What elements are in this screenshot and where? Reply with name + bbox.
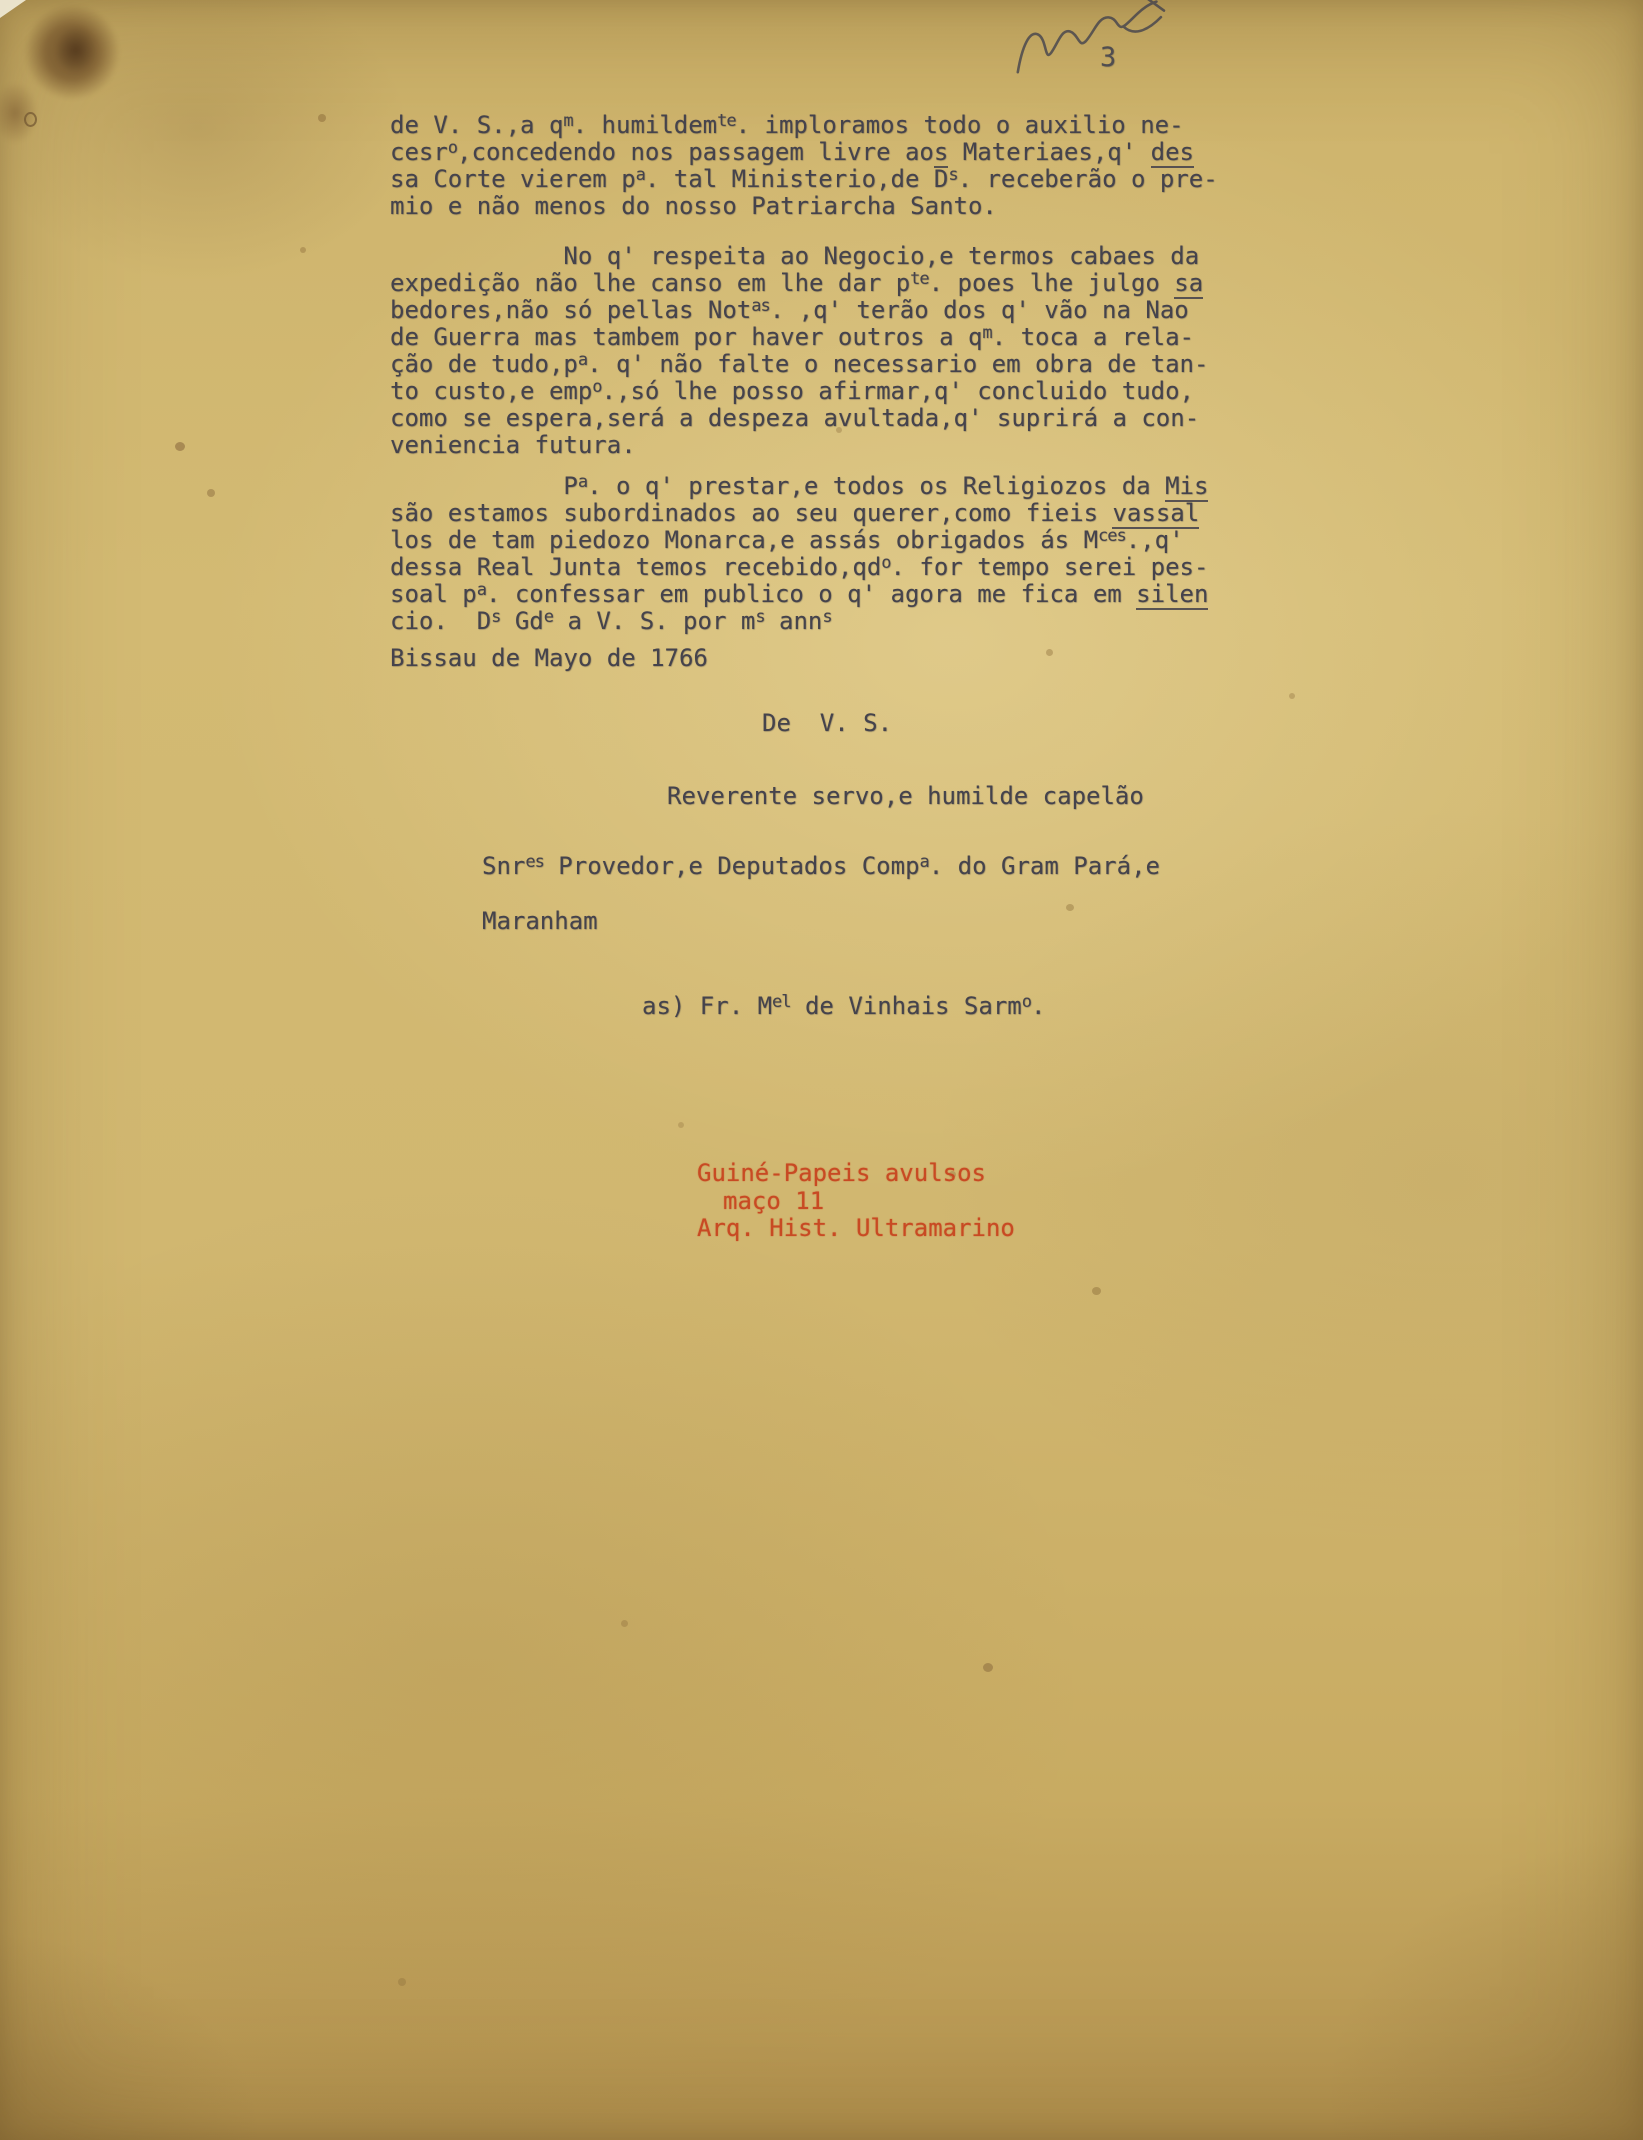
text-line: cio. Ds Gde a V. S. por ms anns <box>390 608 1208 635</box>
text-line: los de tam piedozo Monarca,e assás obrig… <box>390 527 1208 554</box>
dateline: Bissau de Mayo de 1766 <box>390 645 708 672</box>
fox-spot <box>24 112 37 127</box>
text-line: Arq. Hist. Ultramarino <box>697 1215 1015 1243</box>
archive-stamp: Guiné-Papeis avulsosmaço 11Arq. Hist. Ul… <box>697 1160 1015 1243</box>
text-line: mio e não menos do nosso Patriarcha Sant… <box>390 193 1218 220</box>
document-page: 3 de V. S.,a qm. humildemte. imploramos … <box>0 0 1643 2140</box>
paper-corner-tear <box>0 0 26 18</box>
text-line: soal pa. confessar em publico o q' agora… <box>390 581 1208 608</box>
addressee-line: Snres Provedor,e Deputados Compa. do Gra… <box>482 853 1160 880</box>
fox-spot <box>300 247 306 253</box>
ink-stain <box>55 26 97 74</box>
text-line: maço 11 <box>723 1188 1015 1216</box>
signature-line: as) Fr. Mel de Vinhais Sarmo. <box>642 993 1045 1020</box>
fox-spot <box>318 114 326 122</box>
fox-spot <box>1289 693 1295 699</box>
text-line: veniencia futura. <box>390 432 1208 459</box>
text-line: bedores,não só pellas Notas. ,q' terão d… <box>390 297 1208 324</box>
fox-spot <box>1046 649 1053 656</box>
fox-spot <box>175 442 185 451</box>
fox-spot <box>983 1663 993 1672</box>
text-line: dessa Real Junta temos recebido,qdo. for… <box>390 554 1208 581</box>
text-line: de V. S.,a qm. humildemte. imploramos to… <box>390 112 1218 139</box>
text-line: de Guerra mas tambem por haver outros a … <box>390 324 1208 351</box>
text-line: expedição não lhe canso em lhe dar pte. … <box>390 270 1208 297</box>
text-line: cesro,concedendo nos passagem livre aos … <box>390 139 1218 166</box>
fox-spot <box>1066 904 1074 911</box>
fox-spot <box>1092 1287 1101 1295</box>
paragraph: Pa. o q' prestar,e todos os Religiozos d… <box>390 473 1208 635</box>
text-line: são estamos subordinados ao seu querer,c… <box>390 500 1208 527</box>
closing-valediction: Reverente servo,e humilde capelão <box>667 783 1144 810</box>
handwritten-annotation <box>1001 0 1186 95</box>
text-line: to custo,e empo.,só lhe posso afirmar,q'… <box>390 378 1208 405</box>
fox-spot <box>398 1978 406 1986</box>
text-line: No q' respeita ao Negocio,e termos cabae… <box>390 243 1208 270</box>
text-line: Guiné-Papeis avulsos <box>697 1160 1015 1188</box>
text-line: Pa. o q' prestar,e todos os Religiozos d… <box>390 473 1208 500</box>
fox-spot <box>207 489 215 497</box>
fox-spot <box>678 1122 684 1128</box>
page-number: 3 <box>1100 42 1116 73</box>
fox-spot <box>621 1620 628 1627</box>
paragraph: de V. S.,a qm. humildemte. imploramos to… <box>390 112 1218 220</box>
text-line: ção de tudo,pa. q' não falte o necessari… <box>390 351 1208 378</box>
text-line: sa Corte vierem pa. tal Ministerio,de Ds… <box>390 166 1218 193</box>
addressee-line: Maranham <box>482 908 598 935</box>
closing-salute: De V. S. <box>762 710 892 737</box>
text-line: como se espera,será a despeza avultada,q… <box>390 405 1208 432</box>
paragraph: No q' respeita ao Negocio,e termos cabae… <box>390 243 1208 459</box>
